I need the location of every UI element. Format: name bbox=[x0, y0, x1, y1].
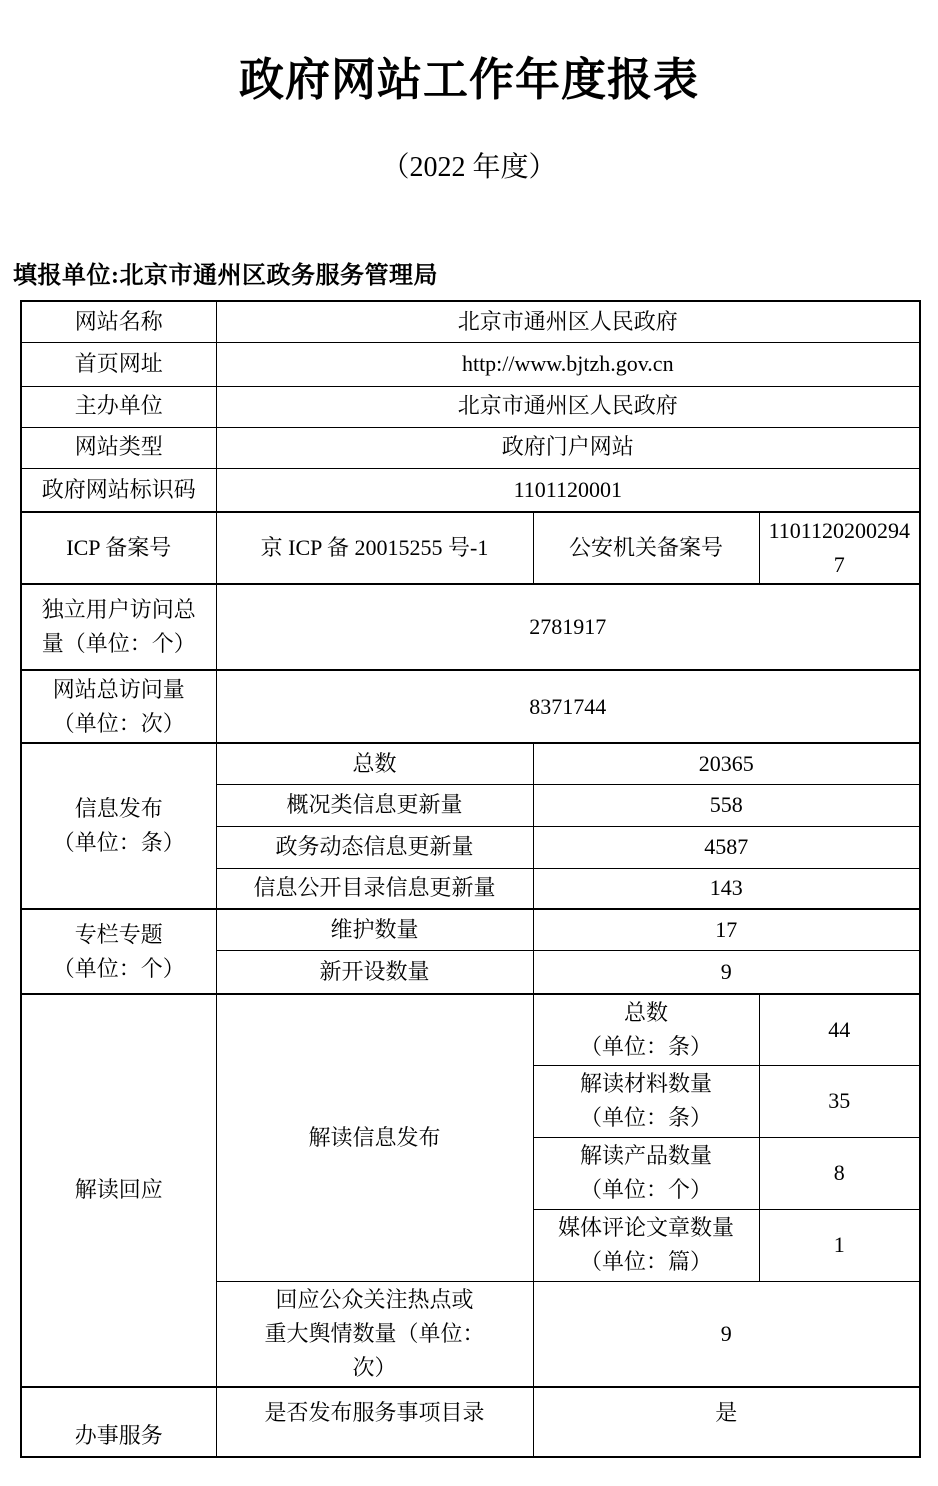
site-name-value: 北京市通州区人民政府 bbox=[216, 301, 920, 342]
hotspot-response-label: 回应公众关注热点或 重大舆情数量（单位： 次） bbox=[216, 1281, 533, 1387]
interpretation-materials-label: 解读材料数量 （单位：条） bbox=[533, 1066, 759, 1137]
gov-news-update-label: 政务动态信息更新量 bbox=[216, 826, 533, 868]
media-comment-articles-value: 1 bbox=[759, 1209, 920, 1281]
new-columns-value: 9 bbox=[533, 950, 920, 994]
maintained-count-label: 维护数量 bbox=[216, 909, 533, 950]
police-filing-value: 11011202002947 bbox=[759, 512, 920, 584]
homepage-url-value: http://www.bjtzh.gov.cn bbox=[216, 342, 920, 386]
report-year: （2022 年度） bbox=[0, 148, 938, 188]
table-row: 主办单位 北京市通州区人民政府 bbox=[21, 386, 920, 427]
table-row: 解读回应 解读信息发布 总数 （单位：条） 44 bbox=[21, 994, 920, 1066]
total-visits-label: 网站总访问量 （单位：次） bbox=[21, 670, 216, 743]
service-catalog-published-value: 是 bbox=[533, 1387, 920, 1457]
icp-label: ICP 备案号 bbox=[21, 512, 216, 584]
interpretation-products-value: 8 bbox=[759, 1137, 920, 1209]
interpretation-group-label: 解读回应 bbox=[21, 994, 216, 1387]
unique-visitors-value: 2781917 bbox=[216, 584, 920, 670]
site-code-label: 政府网站标识码 bbox=[21, 468, 216, 512]
total-visits-value: 8371744 bbox=[216, 670, 920, 743]
organizer-label: 主办单位 bbox=[21, 386, 216, 427]
disclosure-catalog-update-value: 143 bbox=[533, 868, 920, 909]
icp-value: 京 ICP 备 20015255 号-1 bbox=[216, 512, 533, 584]
interpretation-materials-value: 35 bbox=[759, 1066, 920, 1137]
table-row: 独立用户访问总 量（单位：个） 2781917 bbox=[21, 584, 920, 670]
overview-update-value: 558 bbox=[533, 784, 920, 826]
hotspot-response-value: 9 bbox=[533, 1281, 920, 1387]
police-filing-label: 公安机关备案号 bbox=[533, 512, 759, 584]
gov-news-update-value: 4587 bbox=[533, 826, 920, 868]
interpretation-products-label: 解读产品数量 （单位：个） bbox=[533, 1137, 759, 1209]
filing-unit-line: 填报单位:北京市通州区政务服务管理局 bbox=[13, 258, 438, 294]
table-row: 专栏专题 （单位：个） 维护数量 17 bbox=[21, 909, 920, 950]
site-name-label: 网站名称 bbox=[21, 301, 216, 342]
info-release-group-label: 信息发布 （单位：条） bbox=[21, 743, 216, 909]
report-page: 政府网站工作年度报表 （2022 年度） 填报单位:北京市通州区政务服务管理局 … bbox=[0, 0, 938, 1486]
site-type-value: 政府门户网站 bbox=[216, 427, 920, 468]
site-type-label: 网站类型 bbox=[21, 427, 216, 468]
homepage-label: 首页网址 bbox=[21, 342, 216, 386]
interpretation-release-label: 解读信息发布 bbox=[216, 994, 533, 1281]
page-title: 政府网站工作年度报表 bbox=[0, 54, 938, 106]
interpretation-total-label: 总数 （单位：条） bbox=[533, 994, 759, 1066]
media-comment-articles-label: 媒体评论文章数量 （单位：篇） bbox=[533, 1209, 759, 1281]
special-columns-group-label: 专栏专题 （单位：个） bbox=[21, 909, 216, 994]
services-group-label: 办事服务 bbox=[21, 1387, 216, 1457]
table-row: 网站总访问量 （单位：次） 8371744 bbox=[21, 670, 920, 743]
new-columns-label: 新开设数量 bbox=[216, 950, 533, 994]
disclosure-catalog-update-label: 信息公开目录信息更新量 bbox=[216, 868, 533, 909]
table-row: ICP 备案号 京 ICP 备 20015255 号-1 公安机关备案号 110… bbox=[21, 512, 920, 584]
table-row: 首页网址 http://www.bjtzh.gov.cn bbox=[21, 342, 920, 386]
annual-report-table: 网站名称 北京市通州区人民政府 首页网址 http://www.bjtzh.go… bbox=[20, 300, 921, 1458]
info-release-total-value: 20365 bbox=[533, 743, 920, 784]
table-row: 网站名称 北京市通州区人民政府 bbox=[21, 301, 920, 342]
table-row: 政府网站标识码 1101120001 bbox=[21, 468, 920, 512]
site-code-value: 1101120001 bbox=[216, 468, 920, 512]
maintained-count-value: 17 bbox=[533, 909, 920, 950]
overview-update-label: 概况类信息更新量 bbox=[216, 784, 533, 826]
table-row: 网站类型 政府门户网站 bbox=[21, 427, 920, 468]
unique-visitors-label: 独立用户访问总 量（单位：个） bbox=[21, 584, 216, 670]
info-release-total-label: 总数 bbox=[216, 743, 533, 784]
organizer-value: 北京市通州区人民政府 bbox=[216, 386, 920, 427]
service-catalog-published-label: 是否发布服务事项目录 bbox=[216, 1387, 533, 1457]
table-row: 信息发布 （单位：条） 总数 20365 bbox=[21, 743, 920, 784]
interpretation-total-value: 44 bbox=[759, 994, 920, 1066]
table-row: 办事服务 是否发布服务事项目录 是 bbox=[21, 1387, 920, 1457]
